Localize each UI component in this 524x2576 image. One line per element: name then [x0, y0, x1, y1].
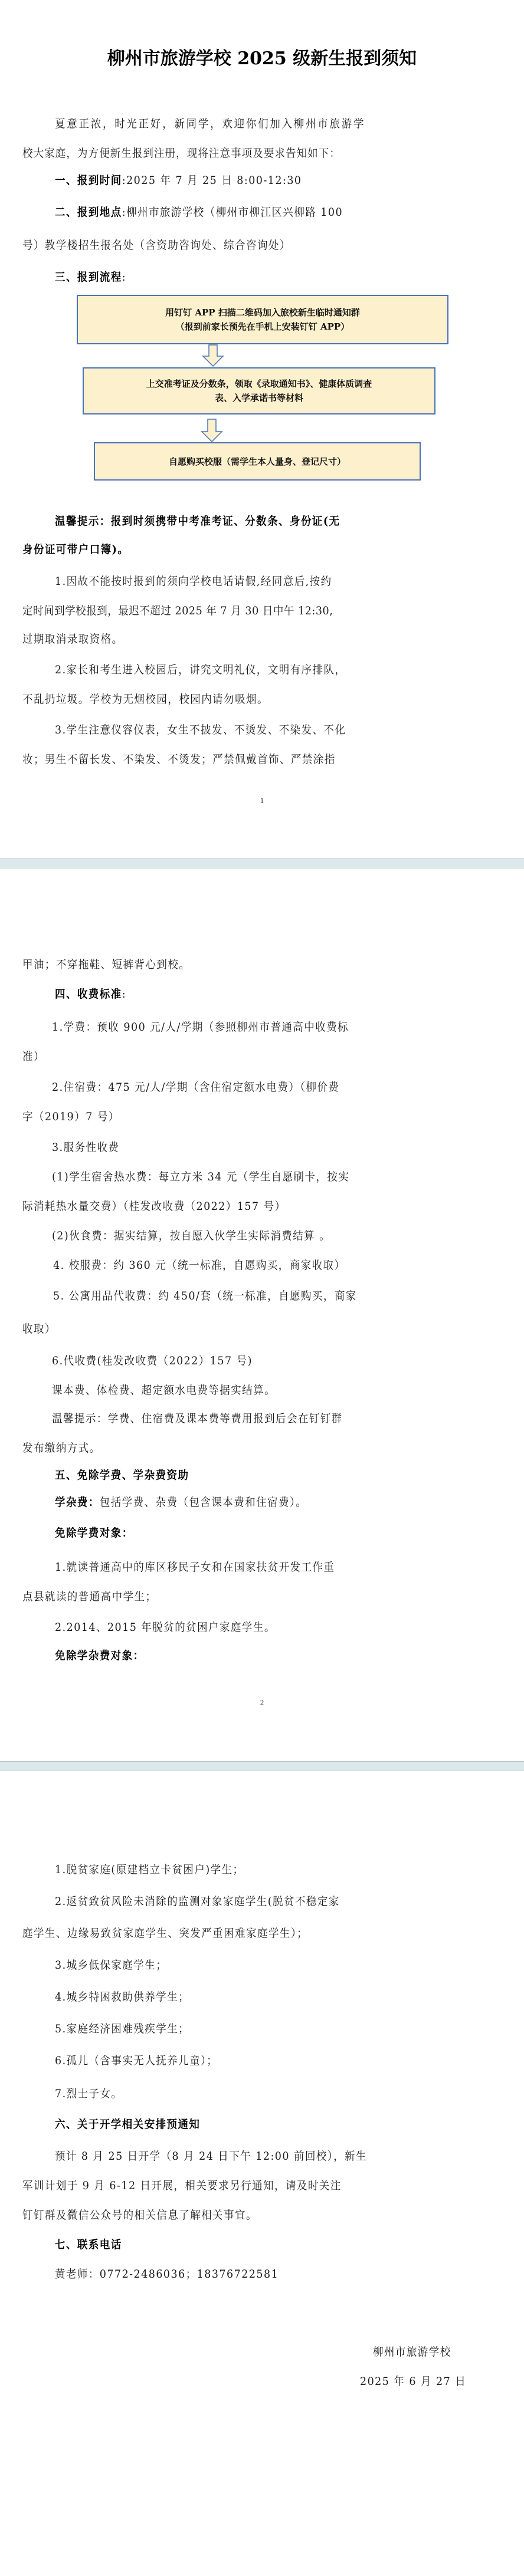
contact-phone: 黄老师：0772-2486036；18376722581	[55, 2267, 279, 2281]
flow-step-2-line-1: 上交准考证及分数条，领取《录取通知书》、健康体质调查	[146, 377, 372, 391]
misc-exempt-1: 1.脱贫家庭(原建档立卡贫困户)学生；	[55, 1863, 244, 1877]
section-2-place: 二、报到地点:柳州市旅游学校（柳州市柳江区兴柳路 100	[55, 205, 343, 219]
document-title: 柳州市旅游学校 2025 级新生报到须知	[0, 44, 524, 70]
section-3-colon: :	[122, 271, 126, 284]
tuition-exempt-2: 2.2014、2015 年脱贫的贫困户家庭学生。	[55, 1620, 276, 1634]
misc-exempt-7: 7.烈士子女。	[55, 2087, 122, 2101]
section-7-heading: 七、联系电话	[55, 2238, 122, 2252]
section-6-heading: 六、关于开学相关安排预通知	[55, 2117, 200, 2131]
flow-arrow-down-icon	[201, 419, 223, 442]
intro-line-2: 校大家庭，为方便新生报到注册，现将注意事项及要求告知如下：	[22, 146, 340, 160]
section-2-heading: 二、报到地点	[55, 206, 122, 219]
tuition-exempt-1-line-2: 点县就读的普通高中学生；	[22, 1590, 156, 1604]
tips-line-1: 温馨提示：报到时须携带中考准考证、分数条、身份证(无	[55, 514, 340, 528]
fee-3a-line-1: (1)学生宿舍热水费：每立方米 34 元（学生自愿刷卡，按实	[52, 1170, 349, 1184]
tip-item-2-line-2: 不乱扔垃圾。学校为无烟校园，校园内请勿吸烟。	[22, 692, 268, 706]
flow-step-2-line-2: 表、入学承诺书等材料	[215, 391, 303, 405]
section-6-line-1: 预计 8 月 25 日开学（8 月 24 日下午 12:00 前回校），新生	[55, 2149, 367, 2163]
fee-2-line-1: 2.住宿费：475 元/人/学期（含住宿定额水电费）（柳价费	[52, 1080, 339, 1094]
fee-tip-line-2: 发布缴纳方式。	[22, 1441, 101, 1455]
fee-2-line-2: 字（2019）7 号）	[22, 1110, 120, 1124]
tip-item-1-line-3: 过期取消录取资格。	[22, 632, 123, 646]
page-number-1: 1	[0, 796, 524, 805]
flow-step-3: 自愿购买校服（需学生本人量身、登记尺寸）	[94, 442, 421, 481]
fee-3b: (2)伙食费：据实结算，按自愿入伙学生实际消费结算 。	[52, 1229, 330, 1243]
misc-exempt-2-line-1: 2.返贫致贫风险未消除的监测对象家庭学生(脱贫不稳定家	[55, 1894, 340, 1909]
fee-1-line-1: 1.学费：预收 900 元/人/学期（参照柳州市普通高中收费标	[52, 1020, 349, 1034]
fee-5-line-1: 5. 公寓用品代收费：约 450/套（统一标准，自愿购买，商家	[53, 1289, 357, 1303]
misc-exempt-6: 6.孤儿（含事实无人抚养儿童）；	[55, 2054, 218, 2068]
misc-exempt-2-line-2: 庭学生、边缘易致贫家庭学生、突发严重困难家庭学生）；	[22, 1926, 308, 1940]
fee-tip-line-1: 温馨提示：学费、住宿费及课本费等费用报到后会在钉钉群	[52, 1412, 343, 1426]
flow-arrow-down-icon	[202, 344, 224, 367]
flow-step-1-line-1: 用钉钉 APP 扫描二维码加入旅校新生临时通知群	[165, 305, 360, 320]
tip-item-1-line-2: 定时间到学校报到，最迟不超过 2025 年 7 月 30 日中午 12:30,	[22, 604, 333, 618]
fee-5-line-2: 收取）	[22, 1322, 56, 1336]
section-6-line-3: 钉钉群及微信公众号的相关信息了解相关事宜。	[22, 2208, 257, 2222]
section-1-text: :2025 年 7 月 25 日 8:00-12:30	[122, 174, 302, 187]
flow-step-3-line-1: 自愿购买校服（需学生本人量身、登记尺寸）	[169, 455, 346, 469]
section-1-time: 一、报到时间:2025 年 7 月 25 日 8:00-12:30	[55, 173, 302, 187]
misc-fee-text: 包括学费、杂费（包含课本费和住宿费）。	[100, 1496, 307, 1509]
tip-item-3-line-3: 甲油；不穿拖鞋、短裤背心到校。	[22, 958, 190, 972]
misc-exempt-3: 3.城乡低保家庭学生；	[55, 1958, 167, 1972]
misc-exempt-label: 免除学杂费对象：	[55, 1649, 145, 1663]
flow-step-1: 用钉钉 APP 扫描二维码加入旅校新生临时通知群 （报到前家长预先在手机上安装钉…	[77, 295, 448, 344]
fee-6: 6.代收费(桂发改收费（2022）157 号)	[52, 1354, 253, 1368]
fee-3a-line-2: 际消耗热水量交费）（桂发改收费（2022）157 号）	[22, 1199, 286, 1213]
tip-item-1-line-1: 1.因故不能按时报到的须向学校电话请假,经同意后,按约	[55, 574, 332, 588]
misc-exempt-4: 4.城乡特困救助供养学生；	[55, 1990, 189, 2004]
section-6-line-2: 军训计划于 9 月 6-12 日开展，相关要求另行通知，请及时关注	[22, 2179, 342, 2193]
flow-step-2: 上交准考证及分数条，领取《录取通知书》、健康体质调查 表、入学承诺书等材料	[83, 367, 435, 414]
section-1-heading: 一、报到时间	[55, 174, 122, 187]
section-4-heading: 四、收费标准	[55, 988, 122, 1001]
section-2-text: :柳州市旅游学校（柳州市柳江区兴柳路 100	[122, 206, 343, 219]
section-5-heading: 五、免除学费、学杂费资助	[55, 1468, 189, 1482]
misc-fee-label: 学杂费：	[55, 1496, 100, 1509]
signature-date: 2025 年 6 月 27 日	[360, 2374, 466, 2389]
section-2-text-line-2: 号）教学楼招生报名处（含资助咨询处、综合咨询处）	[22, 238, 291, 252]
signature-org: 柳州市旅游学校	[373, 2345, 451, 2359]
section-3-heading: 三、报到流程	[55, 271, 122, 284]
section-4-colon: :	[122, 988, 126, 1001]
section-5-misc-fee: 学杂费：包括学费、杂费（包含课本费和住宿费）。	[55, 1495, 307, 1509]
page-2: 甲油；不穿拖鞋、短裤背心到校。 四、收费标准: 1.学费：预收 900 元/人/…	[0, 869, 524, 1761]
page-3: 1.脱贫家庭(原建档立卡贫困户)学生； 2.返贫致贫风险未消除的监测对象家庭学生…	[0, 1772, 524, 2576]
fee-6-detail: 课本费、体检费、超定额水电费等据实结算。	[52, 1383, 276, 1397]
flow-step-1-line-2: （报到前家长预先在手机上安装钉钉 APP）	[176, 320, 349, 334]
fee-4: 4. 校服费：约 360 元（统一标准，自愿购买，商家收取）	[53, 1258, 345, 1272]
page-separator	[0, 858, 524, 868]
page-separator	[0, 1761, 524, 1771]
tuition-exempt-label: 免除学费对象：	[55, 1526, 133, 1540]
fee-3: 3.服务性收费	[52, 1140, 119, 1154]
intro-line-1: 夏意正浓，时光正好，新同学，欢迎你们加入柳州市旅游学	[55, 117, 365, 131]
tip-item-2-line-1: 2.家长和考生进入校园后，讲究文明礼仪，文明有序排队，	[55, 663, 346, 677]
tips-line-2: 身份证可带户口簿)。	[22, 542, 129, 557]
tuition-exempt-1-line-1: 1.就读普通高中的库区移民子女和在国家扶贫开发工作重	[55, 1560, 335, 1574]
misc-exempt-5: 5.家庭经济困难残疾学生；	[55, 2022, 189, 2036]
tip-item-3-line-1: 3.学生注意仪容仪表，女生不披发、不烫发、不染发、不化	[55, 723, 346, 737]
page-1: 柳州市旅游学校 2025 级新生报到须知 夏意正浓，时光正好，新同学，欢迎你们加…	[0, 0, 524, 858]
section-3-process: 三、报到流程:	[55, 270, 126, 284]
fee-1-line-2: 准）	[22, 1050, 45, 1064]
page-number-2: 2	[0, 1698, 524, 1708]
section-4-fees: 四、收费标准:	[55, 987, 126, 1001]
tip-item-3-line-2: 妆；男生不留长发、不染发、不烫发；严禁佩戴首饰、严禁涂指	[22, 752, 336, 766]
